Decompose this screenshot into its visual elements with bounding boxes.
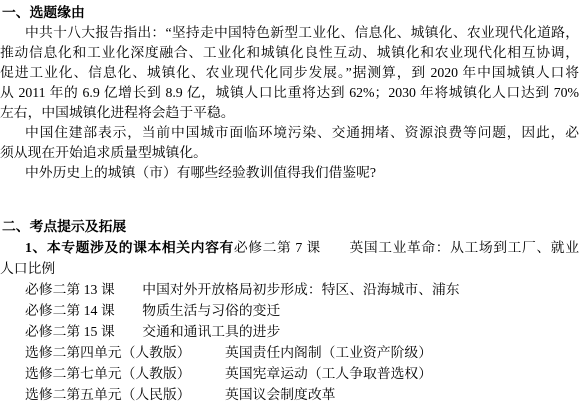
bold-text: 一、选题缘由: [2, 5, 85, 20]
text-line: 从 2011 年的 6.9 亿增长到 8.9 亿，城镇人口比重将达到 62%；2…: [0, 83, 579, 103]
text-line: 必修二第 13 课 中国对外开放格局初步形成：特区、沿海城市、浦东: [0, 279, 579, 300]
subheading-textbook-content: 1、本专题涉及的课本相关内容有必修二第 7 课 英国工业革命：从工场到工厂、就业: [0, 237, 579, 258]
document-page: 一、选题缘由中共十八大报告指出：“坚持走中国特色新型工业化、信息化、城镇化、农业…: [0, 0, 579, 404]
section-gap: [0, 183, 579, 216]
text-line: 中国住建部表示，当前中国城市面临环境污染、交通拥堵、资源浪费等问题，因此，必: [0, 123, 579, 143]
text-line: 推动信息化和工业化深度融合、工业化和城镇化良性互动、城镇化和农业现代化相互协调，: [0, 43, 579, 63]
text-line: 人口比例: [0, 258, 579, 279]
text-line: 促进工业化、信息化、城镇化、农业现代化同步发展。”据测算，到 2020 年中国城…: [0, 63, 579, 83]
bold-text: 二、考点提示及拓展: [2, 219, 126, 234]
body-text: 必修二第 14 课 物质生活与习俗的变迁: [25, 303, 280, 318]
text-line: 须从现在开始追求质量型城镇化。: [0, 143, 579, 163]
heading-exam-points: 二、考点提示及拓展: [0, 216, 579, 237]
body-text: 中国住建部表示，当前中国城市面临环境污染、交通拥堵、资源浪费等问题，因此，必: [25, 125, 579, 140]
text-line: 必修二第 15 课 交通和通讯工具的进步: [0, 321, 579, 342]
text-line: 中共十八大报告指出：“坚持走中国特色新型工业化、信息化、城镇化、农业现代化道路，: [0, 23, 579, 43]
body-text: 中外历史上的城镇（市）有哪些经验教训值得我们借鉴呢?: [25, 165, 376, 180]
text-line: 中外历史上的城镇（市）有哪些经验教训值得我们借鉴呢?: [0, 163, 579, 183]
bold-text: 1、本专题涉及的课本相关内容有: [25, 240, 234, 255]
body-text: 选修二第四单元（人教版） 英国责任内阁制（工业资产阶级）: [25, 345, 432, 360]
text-line: 必修二第 14 课 物质生活与习俗的变迁: [0, 300, 579, 321]
body-text: 人口比例: [0, 261, 55, 276]
body-text: 选修二第五单元（人民版） 英国议会制度改革: [25, 387, 335, 402]
body-text: 促进工业化、信息化、城镇化、农业现代化同步发展。”据测算，到 2020 年中国城…: [0, 65, 579, 80]
text-line: 左右，中国城镇化进程将会趋于平稳。: [0, 103, 579, 123]
body-text: 须从现在开始追求质量型城镇化。: [0, 145, 207, 160]
body-text: 选修二第七单元（人教版） 英国宪章运动（工人争取普选权）: [25, 366, 432, 381]
body-text: 左右，中国城镇化进程将会趋于平稳。: [0, 105, 235, 120]
body-text: 从 2011 年的 6.9 亿增长到 8.9 亿，城镇人口比重将达到 62%；2…: [0, 85, 579, 100]
text-line: 选修二第四单元（人教版） 英国责任内阁制（工业资产阶级）: [0, 342, 579, 363]
text-line: 选修二第七单元（人教版） 英国宪章运动（工人争取普选权）: [0, 363, 579, 384]
heading-topic-origin: 一、选题缘由: [0, 3, 579, 23]
body-text: 中共十八大报告指出：“坚持走中国特色新型工业化、信息化、城镇化、农业现代化道路，: [25, 25, 579, 40]
text-line: 选修二第五单元（人民版） 英国议会制度改革: [0, 384, 579, 404]
body-text: 必修二第 13 课 中国对外开放格局初步形成：特区、沿海城市、浦东: [25, 282, 460, 297]
body-text: 推动信息化和工业化深度融合、工业化和城镇化良性互动、城镇化和农业现代化相互协调，: [0, 45, 579, 60]
body-text: 必修二第 7 课 英国工业革命：从工场到工厂、就业: [234, 240, 579, 255]
body-text: 必修二第 15 课 交通和通讯工具的进步: [25, 324, 280, 339]
